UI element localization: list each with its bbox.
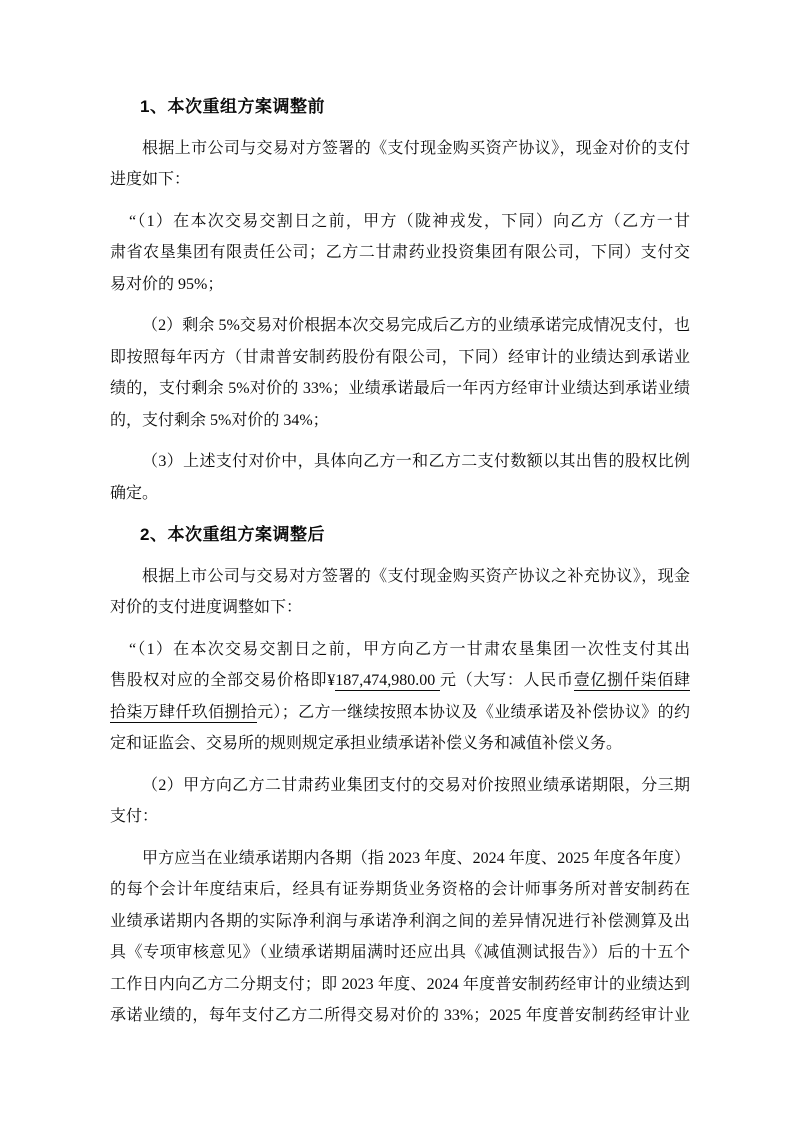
text-line: 的每个会计年度结束后，经具有证券期货业务资格的会计师事务所对普安制药在: [110, 874, 690, 906]
text-segment: 对价的支付进度调整如下：: [110, 599, 302, 616]
text-segment: （2）剩余 5%交易对价根据本次交易完成后乙方的业绩承诺完成情况支付，也: [142, 317, 690, 334]
text-line: 拾柒万肆仟玖佰捌拾元）；乙方一继续按照本协议及《业绩承诺及补偿协议》的约: [110, 697, 690, 729]
underlined-amount: 187,474,980.00: [335, 672, 440, 691]
text-line: （2）剩余 5%交易对价根据本次交易完成后乙方的业绩承诺完成情况支付，也: [110, 310, 690, 342]
text-segment: 元（大写：人民币: [440, 672, 574, 689]
text-line: 进度如下：: [110, 164, 690, 196]
text-line: 定和证监会、交易所的规则规定承担业绩承诺补偿义务和减值补偿义务。: [110, 728, 690, 760]
text-line: 根据上市公司与交易对方签署的《支付现金购买资产协议》，现金对价的支付: [110, 133, 690, 165]
text-segment: “（1）在本次交易交割日之前，甲方（陇神戎发，下同）向乙方（乙方一甘: [129, 213, 690, 230]
text-segment: 承诺业绩的，每年支付乙方二所得交易对价的 33%；2025 年度普安制药经审计业: [110, 1007, 690, 1024]
text-segment: 的，支付剩余 5%对价的 34%；: [110, 412, 329, 429]
text-line: （2）甲方向乙方二甘肃药业集团支付的交易对价按照业绩承诺期限，分三期: [110, 770, 690, 802]
text-segment: 定和证监会、交易所的规则规定承担业绩承诺补偿义务和减值补偿义务。: [110, 735, 622, 752]
paragraph: 根据上市公司与交易对方签署的《支付现金购买资产协议之补充协议》，现金对价的支付进…: [110, 561, 690, 624]
paragraph: 根据上市公司与交易对方签署的《支付现金购买资产协议》，现金对价的支付进度如下：: [110, 133, 690, 196]
text-line: 售股权对应的全部交易价格即¥187,474,980.00 元（大写：人民币壹亿捌…: [110, 665, 690, 697]
text-segment: 即按照每年丙方（甘肃普安制药股份有限公司，下同）经审计的业绩达到承诺业: [110, 349, 690, 366]
text-segment: 肃省农垦集团有限责任公司；乙方二甘肃药业投资集团有限公司，下同）支付交: [110, 244, 690, 261]
text-segment: 2、本次重组方案调整后: [140, 525, 325, 544]
text-segment: 进度如下：: [110, 171, 190, 188]
text-segment: 业绩承诺期内各期的实际净利润与承诺净利润之间的差异情况进行补偿测算及出: [110, 913, 690, 930]
text-line: 的，支付剩余 5%对价的 34%；: [110, 405, 690, 437]
text-line: 支付：: [110, 801, 690, 833]
text-segment: 易对价的 95%；: [110, 276, 223, 293]
text-line: 工作日内向乙方二分期支付；即 2023 年度、2024 年度普安制药经审计的业绩…: [110, 969, 690, 1001]
text-segment: 工作日内向乙方二分期支付；即 2023 年度、2024 年度普安制药经审计的业绩…: [110, 976, 690, 993]
text-line: 对价的支付进度调整如下：: [110, 592, 690, 624]
paragraph: “（1）在本次交易交割日之前，甲方（陇神戎发，下同）向乙方（乙方一甘肃省农垦集团…: [110, 206, 690, 301]
text-segment: 支付：: [110, 808, 158, 825]
text-line: 确定。: [110, 478, 690, 510]
paragraph: “（1）在本次交易交割日之前，甲方向乙方一甘肃农垦集团一次性支付其出售股权对应的…: [110, 634, 690, 760]
underlined-amount: 壹亿捌仟柒佰肆: [574, 672, 690, 691]
paragraph: （2）剩余 5%交易对价根据本次交易完成后乙方的业绩承诺完成情况支付，也即按照每…: [110, 310, 690, 436]
text-line: 易对价的 95%；: [110, 269, 690, 301]
text-line: 肃省农垦集团有限责任公司；乙方二甘肃药业投资集团有限公司，下同）支付交: [110, 237, 690, 269]
text-segment: “（1）在本次交易交割日之前，甲方向乙方一甘肃农垦集团一次性支付其出: [129, 641, 690, 658]
text-line: （3）上述支付对价中，具体向乙方一和乙方二支付数额以其出售的股权比例: [110, 446, 690, 478]
text-segment: 根据上市公司与交易对方签署的《支付现金购买资产协议》，现金对价的支付: [142, 140, 690, 157]
text-segment: 确定。: [110, 485, 158, 502]
document-page: 1、本次重组方案调整前根据上市公司与交易对方签署的《支付现金购买资产协议》，现金…: [0, 0, 793, 1122]
text-segment: （3）上述支付对价中，具体向乙方一和乙方二支付数额以其出售的股权比例: [142, 453, 690, 470]
paragraph: （2）甲方向乙方二甘肃药业集团支付的交易对价按照业绩承诺期限，分三期支付：: [110, 770, 690, 833]
text-segment: 元）；乙方一继续按照本协议及《业绩承诺及补偿协议》的约: [257, 704, 690, 721]
text-segment: 甲方应当在业绩承诺期内各期（指 2023 年度、2024 年度、2025 年度各…: [142, 850, 690, 867]
text-line: 1、本次重组方案调整前: [110, 91, 690, 123]
paragraph: （3）上述支付对价中，具体向乙方一和乙方二支付数额以其出售的股权比例确定。: [110, 446, 690, 509]
text-line: “（1）在本次交易交割日之前，甲方（陇神戎发，下同）向乙方（乙方一甘: [110, 206, 690, 238]
text-segment: 绩的，支付剩余 5%对价的 33%；业绩承诺最后一年丙方经审计业绩达到承诺业绩: [110, 380, 690, 397]
text-segment: 根据上市公司与交易对方签署的《支付现金购买资产协议之补充协议》，现金: [142, 568, 690, 585]
underlined-amount: 拾柒万肆仟玖佰捌拾: [110, 704, 257, 723]
text-line: 即按照每年丙方（甘肃普安制药股份有限公司，下同）经审计的业绩达到承诺业: [110, 342, 690, 374]
text-line: 业绩承诺期内各期的实际净利润与承诺净利润之间的差异情况进行补偿测算及出: [110, 906, 690, 938]
text-segment: 1、本次重组方案调整前: [140, 97, 325, 116]
text-line: 甲方应当在业绩承诺期内各期（指 2023 年度、2024 年度、2025 年度各…: [110, 843, 690, 875]
text-segment: （2）甲方向乙方二甘肃药业集团支付的交易对价按照业绩承诺期限，分三期: [142, 777, 690, 794]
document-body: 1、本次重组方案调整前根据上市公司与交易对方签署的《支付现金购买资产协议》，现金…: [110, 91, 690, 1032]
text-line: 根据上市公司与交易对方签署的《支付现金购买资产协议之补充协议》，现金: [110, 561, 690, 593]
text-line: 绩的，支付剩余 5%对价的 33%；业绩承诺最后一年丙方经审计业绩达到承诺业绩: [110, 373, 690, 405]
text-segment: 的每个会计年度结束后，经具有证券期货业务资格的会计师事务所对普安制药在: [110, 881, 690, 898]
text-segment: 具《专项审核意见》（业绩承诺期届满时还应出具《减值测试报告》）后的十五个: [110, 944, 690, 961]
paragraph: 甲方应当在业绩承诺期内各期（指 2023 年度、2024 年度、2025 年度各…: [110, 843, 690, 1032]
section-heading: 2、本次重组方案调整后: [110, 519, 690, 551]
text-line: 具《专项审核意见》（业绩承诺期届满时还应出具《减值测试报告》）后的十五个: [110, 937, 690, 969]
text-line: 承诺业绩的，每年支付乙方二所得交易对价的 33%；2025 年度普安制药经审计业: [110, 1000, 690, 1032]
text-line: “（1）在本次交易交割日之前，甲方向乙方一甘肃农垦集团一次性支付其出: [110, 634, 690, 666]
text-line: 2、本次重组方案调整后: [110, 519, 690, 551]
section-heading: 1、本次重组方案调整前: [110, 91, 690, 123]
text-segment: 售股权对应的全部交易价格即¥: [110, 672, 335, 689]
